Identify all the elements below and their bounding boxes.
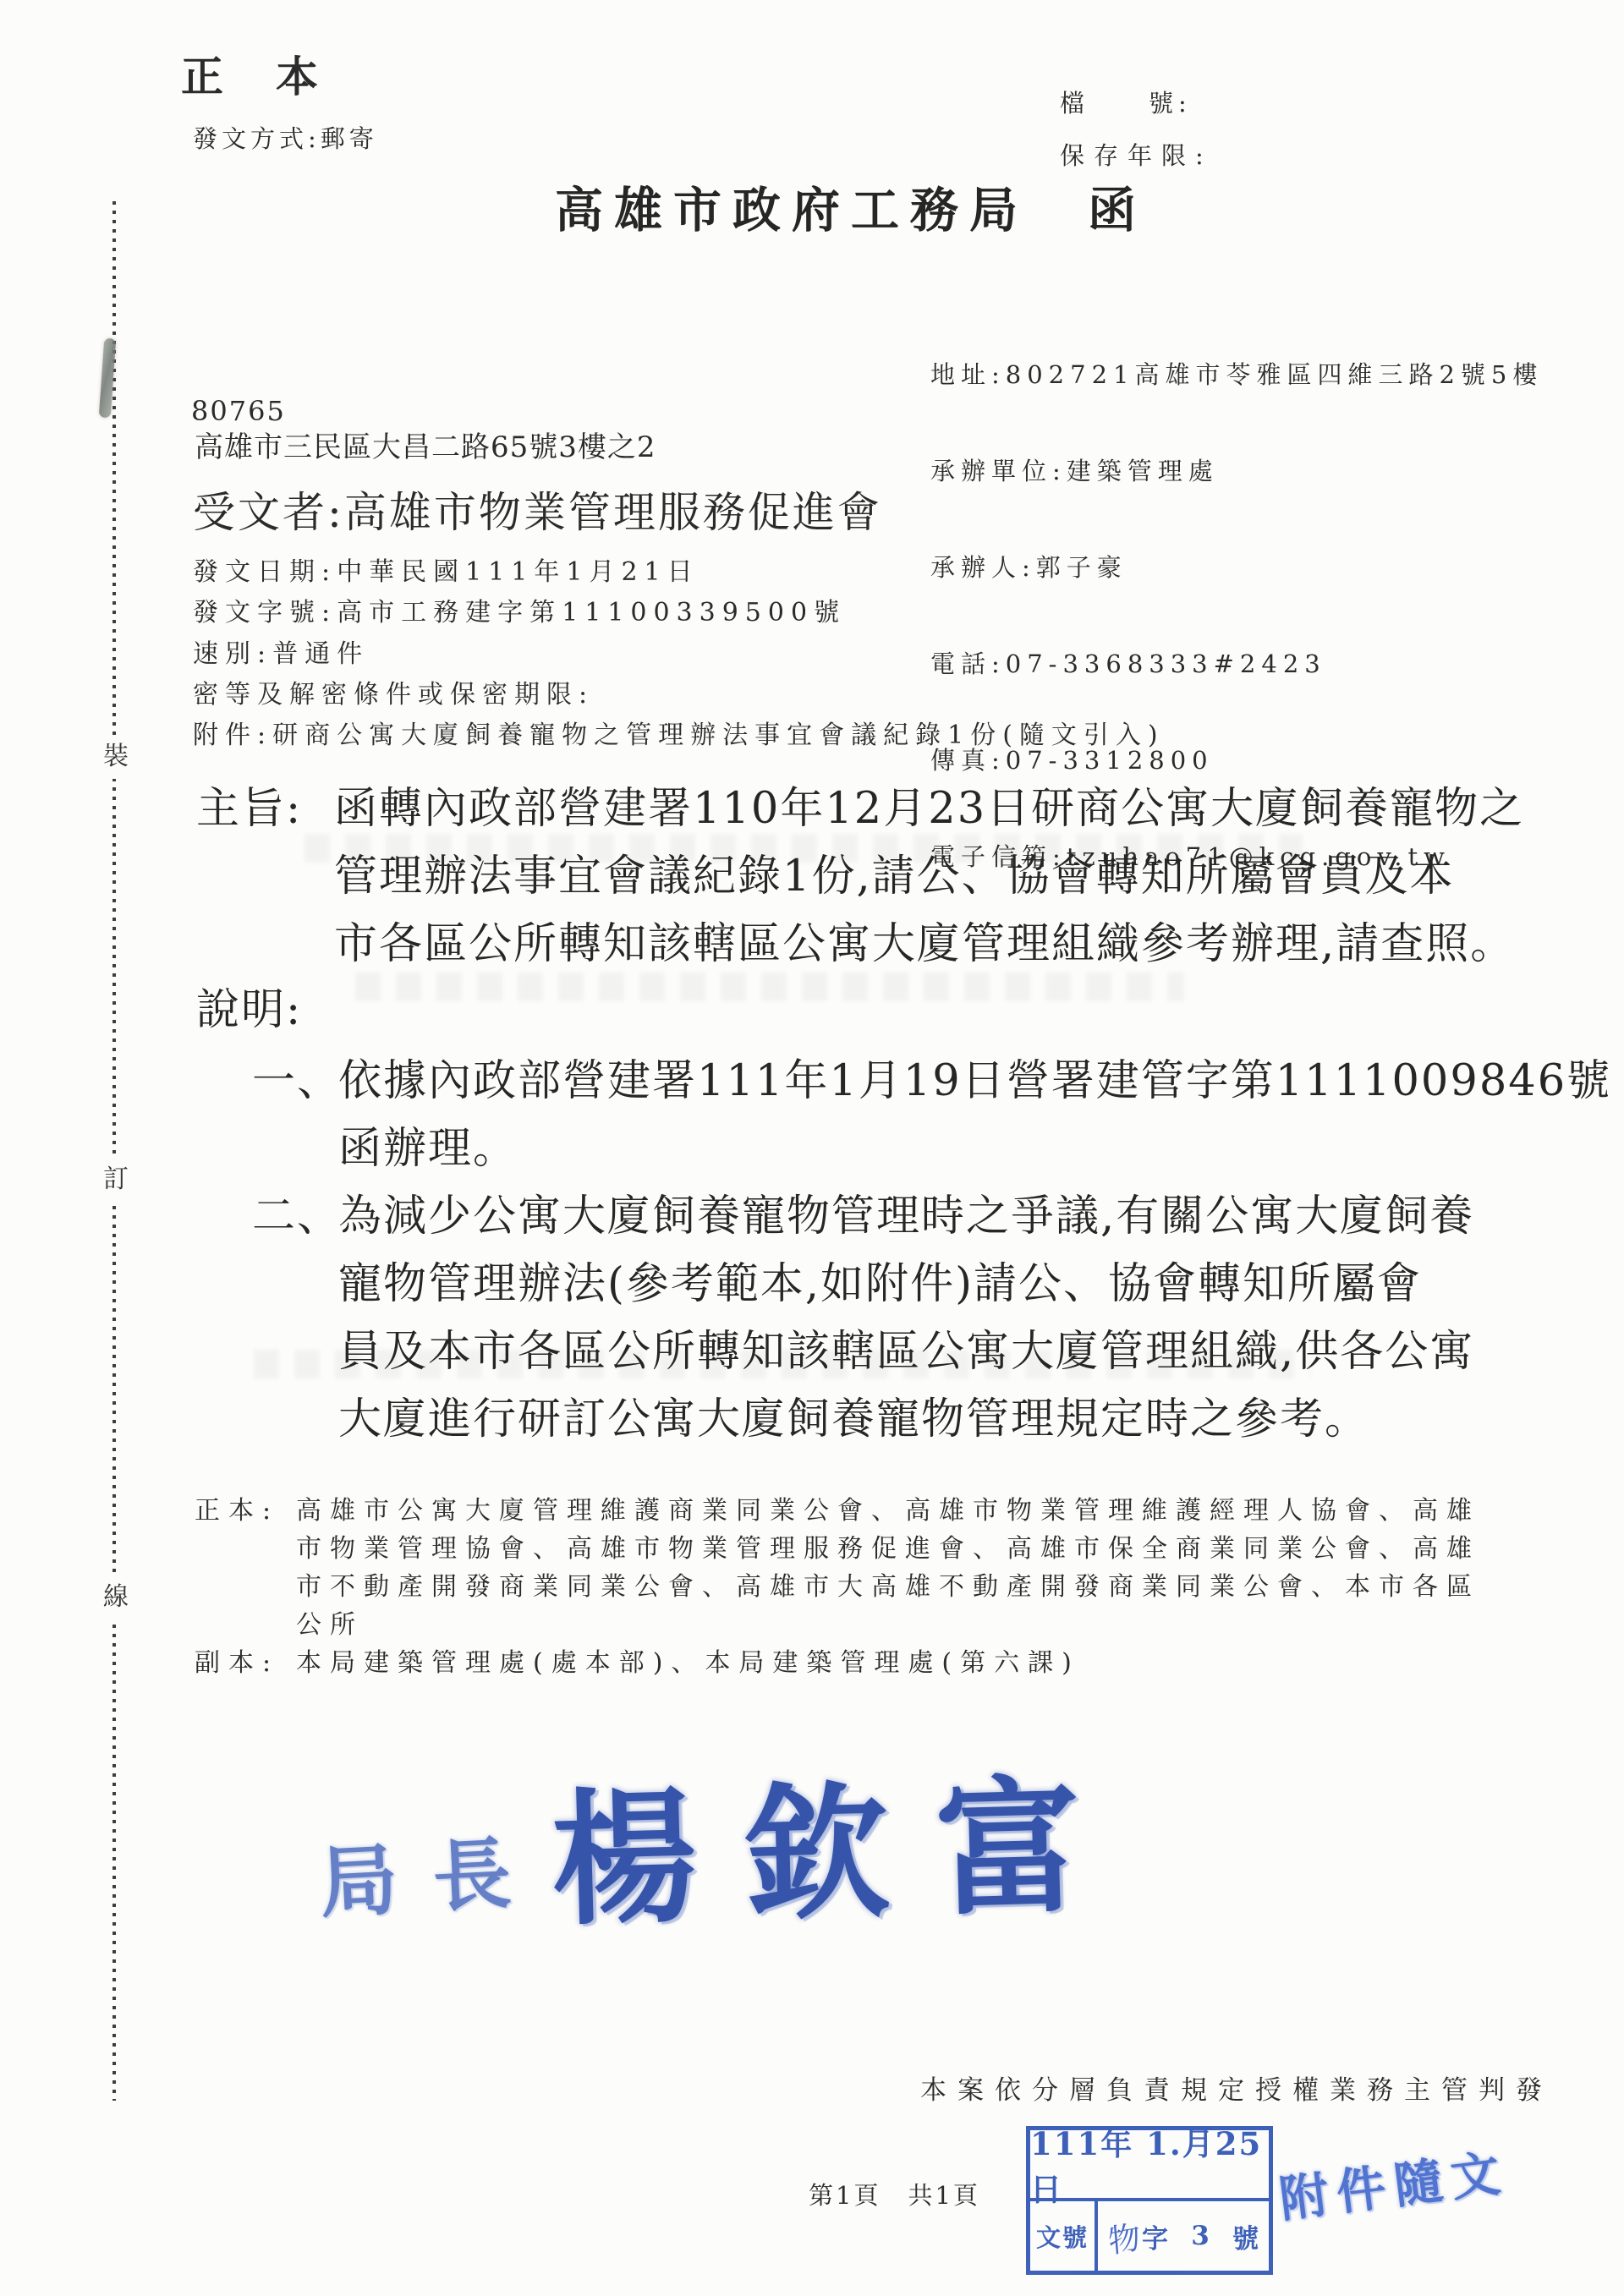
- document-number: 發文字號:高市工務建字第11100339500號: [193, 599, 846, 628]
- primary-copy-line: 公所: [296, 1611, 364, 1641]
- cc-copy-line: 本局建築管理處(處本部)、本局建築管理處(第六課): [296, 1649, 1080, 1679]
- explanation-item2-label: 二、: [252, 1192, 342, 1242]
- explanation-item2-line: 員及本市各區公所轉知該轄區公寓大廈管理組織,供各公寓: [338, 1328, 1474, 1378]
- sender-address: 地址:802721高雄市苓雅區四維三路2號5樓: [930, 359, 1543, 391]
- cc-copy-label: 副本:: [195, 1649, 279, 1679]
- sender-unit: 承辦單位:建築管理處: [930, 455, 1543, 487]
- explanation-item2-line: 寵物管理辦法(參考範本,如附件)請公、協會轉知所屬會: [338, 1260, 1422, 1310]
- primary-copy-label: 正本:: [195, 1497, 279, 1526]
- explanation-item2-line: 大廈進行研訂公寓大廈飼養寵物管理規定時之參考。: [338, 1395, 1369, 1445]
- explanation-heading: 說明:: [196, 986, 302, 1036]
- binding-dotted-line: [112, 201, 116, 2101]
- copy-type-label: 正 本: [181, 52, 323, 101]
- primary-copy-line: 市不動產開發商業同業公會、高雄市大高雄不動產開發商業同業公會、本市各區: [296, 1573, 1480, 1603]
- document-title: 高雄市政府工務局 函: [555, 183, 1147, 238]
- recipient-address: 高雄市三民區大昌二路65號3樓之2: [195, 431, 656, 464]
- binding-mark-ding: 訂: [99, 1159, 133, 1202]
- file-number-label: 檔 號:: [1060, 90, 1192, 118]
- page-indicator: 第1頁 共1頁: [809, 2182, 980, 2210]
- subject-line: 市各區公所轉知該轄區公寓大廈管理組織參考辦理,請查照。: [334, 920, 1515, 970]
- primary-copy-line: 市物業管理協會、高雄市物業管理服務促進會、高雄市保全商業同業公會、高雄: [296, 1535, 1480, 1564]
- subject-line: 函轉內政部營建署110年12月23日研商公寓大廈飼養寵物之: [334, 785, 1524, 835]
- retention-period-label: 保存年限:: [1060, 142, 1213, 170]
- stamp-code-number: 3: [1191, 2221, 1210, 2251]
- subject-line: 管理辦法事宜會議紀錄1份,請公、協會轉知所屬會員及本: [334, 852, 1455, 902]
- priority: 速別:普通件: [193, 640, 369, 670]
- stamp-code-unit: 號: [1232, 2217, 1259, 2255]
- official-letter-page: 裝 訂 線 正 本 發文方式:郵寄 檔 號: 保存年限: 高雄市政府工務局 函 …: [0, 0, 1624, 2296]
- stamp-doc-number-label: 文號: [1030, 2201, 1098, 2271]
- stamp-date: 111年 1.月25日: [1030, 2130, 1269, 2201]
- explanation-item1-label: 一、: [252, 1057, 342, 1107]
- signer-title-stamp: 局長: [317, 1827, 548, 1929]
- delivery-method: 發文方式:郵寄: [193, 125, 378, 153]
- subject-label: 主旨:: [196, 785, 302, 835]
- primary-copy-line: 高雄市公寓大廈管理維護商業同業公會、高雄市物業管理維護經理人協會、高雄: [296, 1497, 1480, 1526]
- recipient-zip: 80765: [191, 396, 286, 427]
- authorization-note: 本案依分層負責規定授權業務主管判發: [920, 2076, 1553, 2107]
- received-date-stamp: 111年 1.月25日 文號 物 字 3 號: [1026, 2126, 1273, 2275]
- issue-date: 發文日期:中華民國111年1月21日: [193, 558, 700, 588]
- binding-mark-xian: 線: [99, 1576, 133, 1619]
- explanation-item1-line: 函辦理。: [338, 1125, 518, 1175]
- explanation-item2-line: 為減少公寓大廈飼養寵物管理時之爭議,有關公寓大廈飼養: [338, 1192, 1474, 1242]
- stamp-doc-number-value: 物 字 3 號: [1098, 2201, 1269, 2271]
- security-classification: 密等及解密條件或保密期限:: [193, 681, 594, 710]
- bleedthrough-ghost: [355, 973, 1184, 1001]
- stamp-handwritten-char: 物: [1106, 2211, 1142, 2262]
- attachment-follows-note: 附件隨文: [1276, 2145, 1512, 2228]
- sender-person: 承辦人:郭子豪: [930, 551, 1543, 584]
- attachment-note: 附件:研商公寓大廈飼養寵物之管理辦法事宜會議紀錄1份(隨文引入): [193, 721, 1165, 751]
- binding-mark-zhuang: 裝: [99, 736, 133, 779]
- explanation-item1-line: 依據內政部營建署111年1月19日營署建管字第1111009846號: [338, 1057, 1611, 1107]
- sender-phone: 電話:07-3368333#2423: [930, 648, 1543, 680]
- sender-contact-block: 地址:802721高雄市苓雅區四維三路2號5樓 承辦單位:建築管理處 承辦人:郭…: [930, 294, 1543, 937]
- stamp-code-word: 字: [1142, 2217, 1168, 2255]
- signer-name-stamp: 楊欽富: [550, 1762, 1130, 1944]
- recipient-line: 受文者:高雄市物業管理服務促進會: [193, 489, 882, 538]
